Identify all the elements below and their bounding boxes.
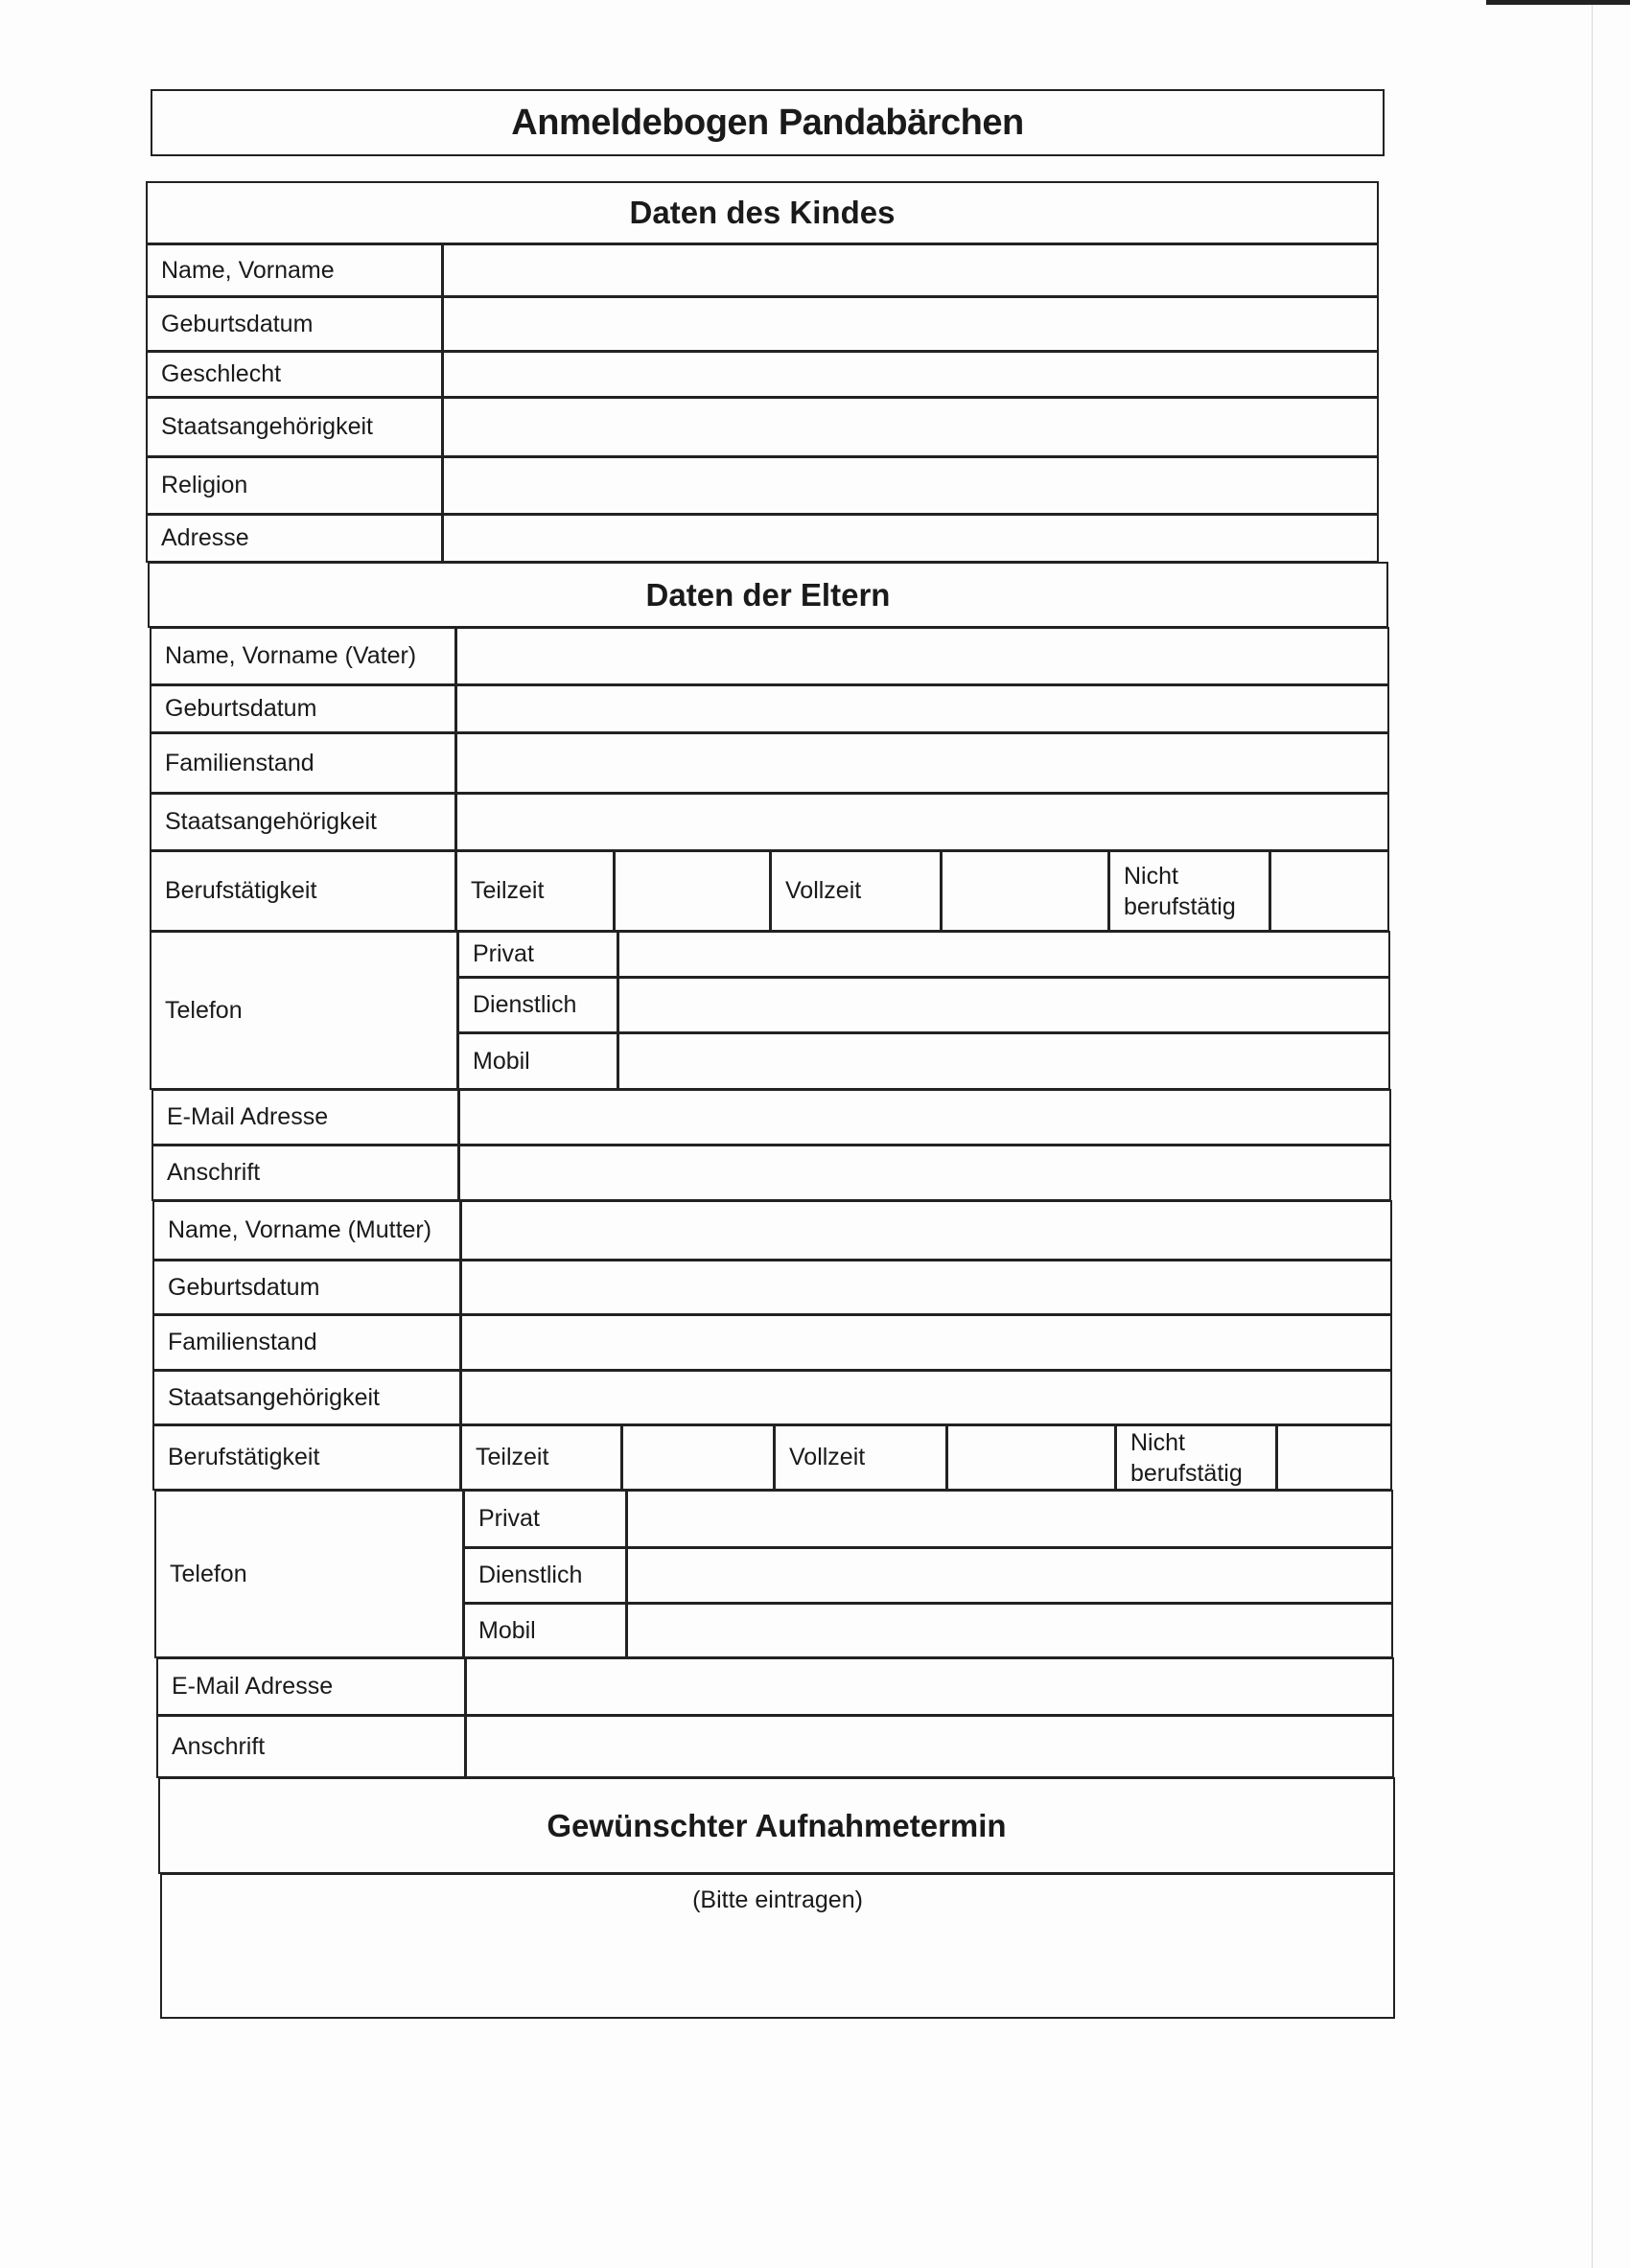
mother-email-label: E-Mail Adresse (156, 1657, 466, 1716)
section-heading-parents: Daten der Eltern (148, 562, 1388, 628)
mother-full-time-label: Vollzeit (774, 1424, 947, 1491)
child-religion-field[interactable] (442, 456, 1379, 515)
father-nationality-label: Staatsangehörigkeit (150, 793, 456, 851)
mother-phone-mobile-label: Mobil (463, 1603, 627, 1658)
section-heading-child: Daten des Kindes (146, 181, 1379, 244)
father-birthdate-field[interactable] (455, 684, 1389, 733)
father-address-label: Anschrift (151, 1145, 459, 1201)
mother-marital-status-label: Familienstand (152, 1314, 461, 1371)
mother-part-time-label: Teilzeit (460, 1424, 622, 1491)
child-address-label: Adresse (146, 514, 443, 563)
father-phone-work-field[interactable] (617, 977, 1390, 1033)
child-name-field[interactable] (442, 243, 1379, 297)
mother-nationality-label: Staatsangehörigkeit (152, 1370, 461, 1425)
child-name-label: Name, Vorname (146, 243, 443, 297)
father-birthdate-label: Geburtsdatum (150, 684, 456, 733)
father-not-employed-checkbox[interactable] (1269, 850, 1389, 932)
mother-phone-private-field[interactable] (626, 1490, 1393, 1548)
father-address-field[interactable] (458, 1145, 1391, 1201)
father-phone-private-field[interactable] (617, 931, 1390, 978)
mother-address-label: Anschrift (156, 1715, 466, 1778)
father-full-time-checkbox[interactable] (941, 850, 1109, 932)
mother-phone-work-label: Dienstlich (463, 1547, 627, 1604)
mother-part-time-checkbox[interactable] (621, 1424, 775, 1491)
mother-nationality-field[interactable] (460, 1370, 1392, 1425)
child-religion-label: Religion (146, 456, 443, 515)
mother-full-time-checkbox[interactable] (946, 1424, 1116, 1491)
mother-phone-private-label: Privat (463, 1490, 627, 1548)
father-marital-status-field[interactable] (455, 732, 1389, 794)
section-heading-admission: Gewünschter Aufnahmetermin (158, 1777, 1395, 1874)
mother-marital-status-field[interactable] (460, 1314, 1392, 1371)
child-gender-field[interactable] (442, 351, 1379, 398)
father-phone-mobile-label: Mobil (457, 1032, 618, 1090)
father-phone-private-label: Privat (457, 931, 618, 978)
child-birthdate-label: Geburtsdatum (146, 296, 443, 352)
mother-phone-mobile-field[interactable] (626, 1603, 1393, 1658)
father-marital-status-label: Familienstand (150, 732, 456, 794)
mother-employment-label: Berufstätigkeit (152, 1424, 461, 1491)
father-phone-work-label: Dienstlich (457, 977, 618, 1033)
father-email-label: E-Mail Adresse (151, 1089, 459, 1146)
mother-birthdate-field[interactable] (460, 1260, 1392, 1315)
mother-not-employed-checkbox[interactable] (1276, 1424, 1392, 1491)
father-email-field[interactable] (458, 1089, 1391, 1146)
father-part-time-label: Teilzeit (455, 850, 615, 932)
father-nationality-field[interactable] (455, 793, 1389, 851)
child-gender-label: Geschlecht (146, 351, 443, 398)
mother-not-employed-label: Nichtberufstätig (1115, 1424, 1277, 1491)
father-employment-label: Berufstätigkeit (150, 850, 456, 932)
father-name-field[interactable] (455, 627, 1389, 685)
mother-name-field[interactable] (460, 1200, 1392, 1261)
admission-date-hint: (Bitte eintragen) (692, 1886, 863, 1914)
father-part-time-checkbox[interactable] (614, 850, 771, 932)
father-not-employed-label: Nichtberufstätig (1108, 850, 1270, 932)
child-birthdate-field[interactable] (442, 296, 1379, 352)
child-address-field[interactable] (442, 514, 1379, 563)
mother-phone-label: Telefon (154, 1490, 464, 1658)
father-name-label: Name, Vorname (Vater) (150, 627, 456, 685)
father-phone-label: Telefon (150, 931, 458, 1090)
father-phone-mobile-field[interactable] (617, 1032, 1390, 1090)
registration-form: Daten des Kindes Name, Vorname Geburtsda… (0, 0, 1630, 2268)
mother-name-label: Name, Vorname (Mutter) (152, 1200, 461, 1261)
child-nationality-label: Staatsangehörigkeit (146, 397, 443, 457)
mother-birthdate-label: Geburtsdatum (152, 1260, 461, 1315)
father-full-time-label: Vollzeit (770, 850, 942, 932)
admission-date-field[interactable]: (Bitte eintragen) (160, 1873, 1395, 2019)
child-nationality-field[interactable] (442, 397, 1379, 457)
mother-phone-work-field[interactable] (626, 1547, 1393, 1604)
mother-email-field[interactable] (465, 1657, 1394, 1716)
mother-address-field[interactable] (465, 1715, 1394, 1778)
